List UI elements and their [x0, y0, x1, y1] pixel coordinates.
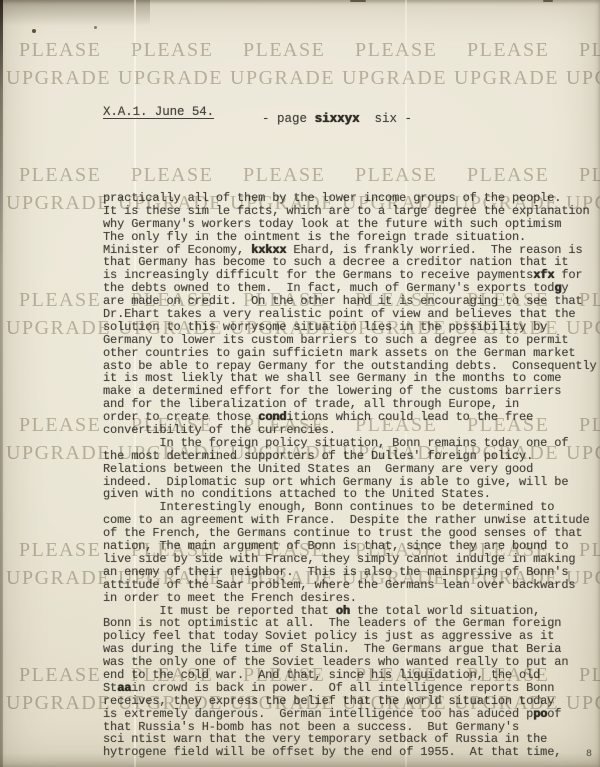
- page-label-prefix: - page: [262, 112, 315, 126]
- typewritten-line: hytrogene field will be offset by the en…: [103, 746, 600, 759]
- typewritten-line: is extremely dangerous. German intellige…: [103, 708, 600, 721]
- page-number: 8: [586, 749, 592, 760]
- typewritten-line: In the foreign policy situation, Bonn re…: [103, 437, 600, 450]
- typewritten-line: why Germany's workers today look at the …: [103, 218, 600, 231]
- typewritten-line: an enemy of their neighbor. This is also…: [103, 566, 600, 579]
- typewritten-line: live side by side with France, they simp…: [103, 553, 600, 566]
- typewritten-line: in order to meet the French desires.: [103, 592, 600, 605]
- typewritten-line: Relations between the United States an G…: [103, 463, 600, 476]
- page-label: - page sixxyx six -: [262, 112, 412, 126]
- page-label-suffix: six -: [360, 112, 413, 126]
- page-label-struck: sixxyx: [315, 112, 360, 126]
- typewritten-line: Germany to lower its custom barriers to …: [103, 334, 600, 347]
- typewritten-line: attitude of the Saar problem, where the …: [103, 579, 600, 592]
- typewritten-line: convertibility of the currencies.: [103, 424, 600, 437]
- scanned-document-page: X.A.1. June 54. - page sixxyx six - prac…: [0, 0, 600, 767]
- typewriter-body: practically all of them by the lower inc…: [103, 192, 600, 759]
- typewritten-line: other countries to gain sufficietn mark …: [103, 347, 600, 360]
- typewritten-line: practically all of them by the lower inc…: [103, 192, 600, 205]
- typewritten-line: the most determined supporters of the Du…: [103, 450, 600, 463]
- typewritten-line: nation, The main argument of Bonn is tha…: [103, 540, 600, 553]
- typewritten-line: It is these sim le facts, which are to a…: [103, 205, 600, 218]
- typewritten-content: X.A.1. June 54. - page sixxyx six - prac…: [0, 0, 600, 767]
- dateline: X.A.1. June 54.: [103, 105, 214, 119]
- typewritten-line: end to the cold war. And that, since his…: [103, 669, 600, 682]
- typewritten-line: Dr.Ehart takes a very realistic point of…: [103, 308, 600, 321]
- typewritten-line: receives, they express the belief that t…: [103, 695, 600, 708]
- typewritten-line: The only fly in the ointment is the fore…: [103, 231, 600, 244]
- typewritten-line: solution to this worrysome situation lie…: [103, 321, 600, 334]
- typewritten-line: Staain crowd is back in power. Of all in…: [103, 682, 600, 695]
